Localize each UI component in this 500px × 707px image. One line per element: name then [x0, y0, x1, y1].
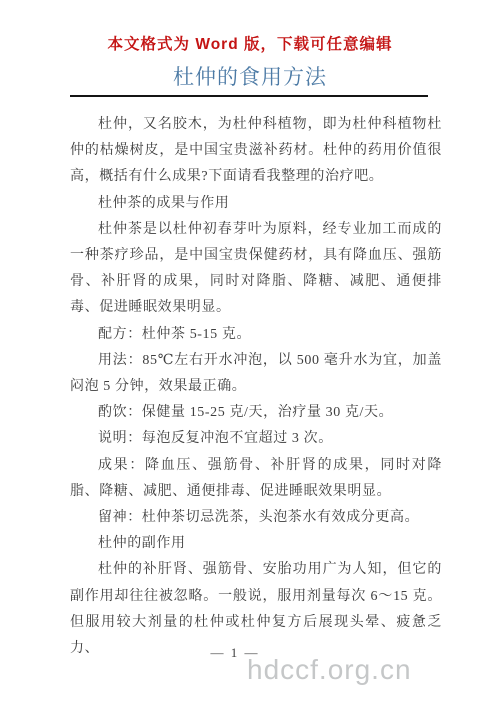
- document-title: 杜仲的食用方法: [0, 61, 500, 91]
- paragraph-intro: 杜仲，又名胶木，为杜仲科植物，即为杜仲科植物杜仲的枯燥树皮，是中国宝贵滋补药材。…: [70, 112, 442, 191]
- heading-side-effects: 杜仲的副作用: [70, 531, 442, 557]
- paragraph-recipe: 配方：杜仲茶 5-15 克。: [70, 322, 442, 348]
- paragraph-usage: 用法：85℃左右开水冲泡，以 500 毫升水为宜，加盖闷泡 5 分钟，效果最正确…: [70, 348, 442, 400]
- word-format-notice: 本文格式为 Word 版，下载可任意编辑: [0, 32, 500, 54]
- paragraph-dosage: 酌饮：保健量 15-25 克/天，治疗量 30 克/天。: [70, 400, 442, 426]
- paragraph-effects: 成果：降血压、强筋骨、补肝肾的成果，同时对降脂、降糖、减肥、通便排毒、促进睡眠效…: [70, 453, 442, 505]
- paragraph-tea-intro: 杜仲茶是以杜仲初春芽叶为原料，经专业加工而成的一种茶疗珍品，是中国宝贵保健药材，…: [70, 217, 442, 322]
- title-divider: [70, 95, 428, 97]
- paragraph-caution: 留神：杜仲茶切忌洗茶，头泡茶水有效成分更高。: [70, 505, 442, 531]
- site-watermark: hdccf.org.cn: [247, 654, 412, 686]
- document-page: 本文格式为 Word 版，下载可任意编辑 杜仲的食用方法 杜仲，又名胶木，为杜仲…: [0, 0, 500, 707]
- heading-tea-effects: 杜仲茶的成果与作用: [70, 191, 442, 217]
- paragraph-note: 说明：每泡反复冲泡不宜超过 3 次。: [70, 426, 442, 452]
- document-body: 杜仲，又名胶木，为杜仲科植物，即为杜仲科植物杜仲的枯燥树皮，是中国宝贵滋补药材。…: [70, 112, 442, 662]
